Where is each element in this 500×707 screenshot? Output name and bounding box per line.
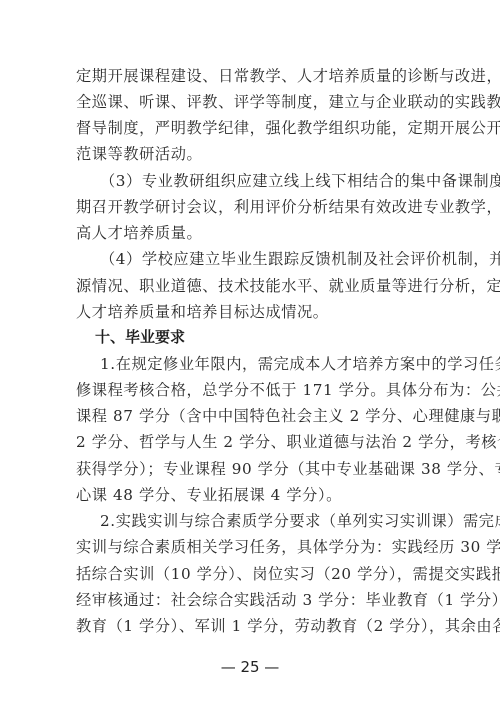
- paragraph-line: 获得学分）；专业课程 90 学分（其中专业基础课 38 学分、专业核: [76, 460, 428, 478]
- page-number: — 25 —: [0, 658, 500, 676]
- paragraph-line: 人才培养质量和培养目标达成情况。: [76, 303, 428, 321]
- paragraph-line: 源情况、职业道德、技术技能水平、就业质量等进行分析，定期评价: [76, 277, 428, 295]
- paragraph-line: 教育（1 学分）、军训 1 学分，劳动教育（2 学分），其余由各系部: [76, 617, 428, 635]
- paragraph-line: 定期开展课程建设、日常教学、人才培养质量的诊断与改进，建立健: [76, 67, 428, 85]
- paragraph-line: 期召开教学研讨会议，利用评价分析结果有效改进专业教学，持续提: [76, 198, 428, 216]
- paragraph-line: 2 学分、哲学与人生 2 学分、职业道德与法治 2 学分，考核合格方可: [76, 433, 428, 451]
- paragraph-line: 高人才培养质量。: [76, 224, 428, 242]
- section-heading: 十、毕业要求: [95, 328, 185, 346]
- paragraph-line: （3）专业教研组织应建立线上线下相结合的集中备课制度，定: [100, 172, 452, 190]
- paragraph-line: 修课程考核合格，总学分不低于 171 学分。具体分布为：公共基础: [76, 381, 428, 399]
- paragraph-line: 课程 87 学分（含中中国特色社会主义 2 学分、心理健康与职业生涯: [76, 407, 428, 425]
- paragraph-line: （4）学校应建立毕业生跟踪反馈机制及社会评价机制，并对生: [100, 250, 452, 268]
- paragraph-line: 经审核通过：社会综合实践活动 3 学分：毕业教育（1 学分）、入学: [76, 591, 428, 609]
- paragraph-line: 2.实践实训与综合素质学分要求（单列实习实训课）需完成实践: [100, 512, 452, 530]
- paragraph-line: 1.在规定修业年限内，需完成本人才培养方案中的学习任务，必: [100, 355, 452, 373]
- paragraph-line: 心课 48 学分、专业拓展课 4 学分）。: [76, 486, 428, 504]
- paragraph-line: 括综合实训（10 学分）、岗位实习（20 学分），需提交实践报告并: [76, 565, 428, 583]
- paragraph-line: 全巡课、听课、评教、评学等制度，建立与企业联动的实践教学环节: [76, 93, 428, 111]
- paragraph-line: 实训与综合素质相关学习任务，具体学分为：实践经历 30 学分：包: [76, 538, 428, 556]
- paragraph-line: 督导制度，严明教学纪律，强化教学组织功能，定期开展公开课、示: [76, 119, 428, 137]
- document-page: 定期开展课程建设、日常教学、人才培养质量的诊断与改进，建立健 全巡课、听课、评教…: [0, 0, 500, 707]
- paragraph-line: 范课等教研活动。: [76, 145, 428, 163]
